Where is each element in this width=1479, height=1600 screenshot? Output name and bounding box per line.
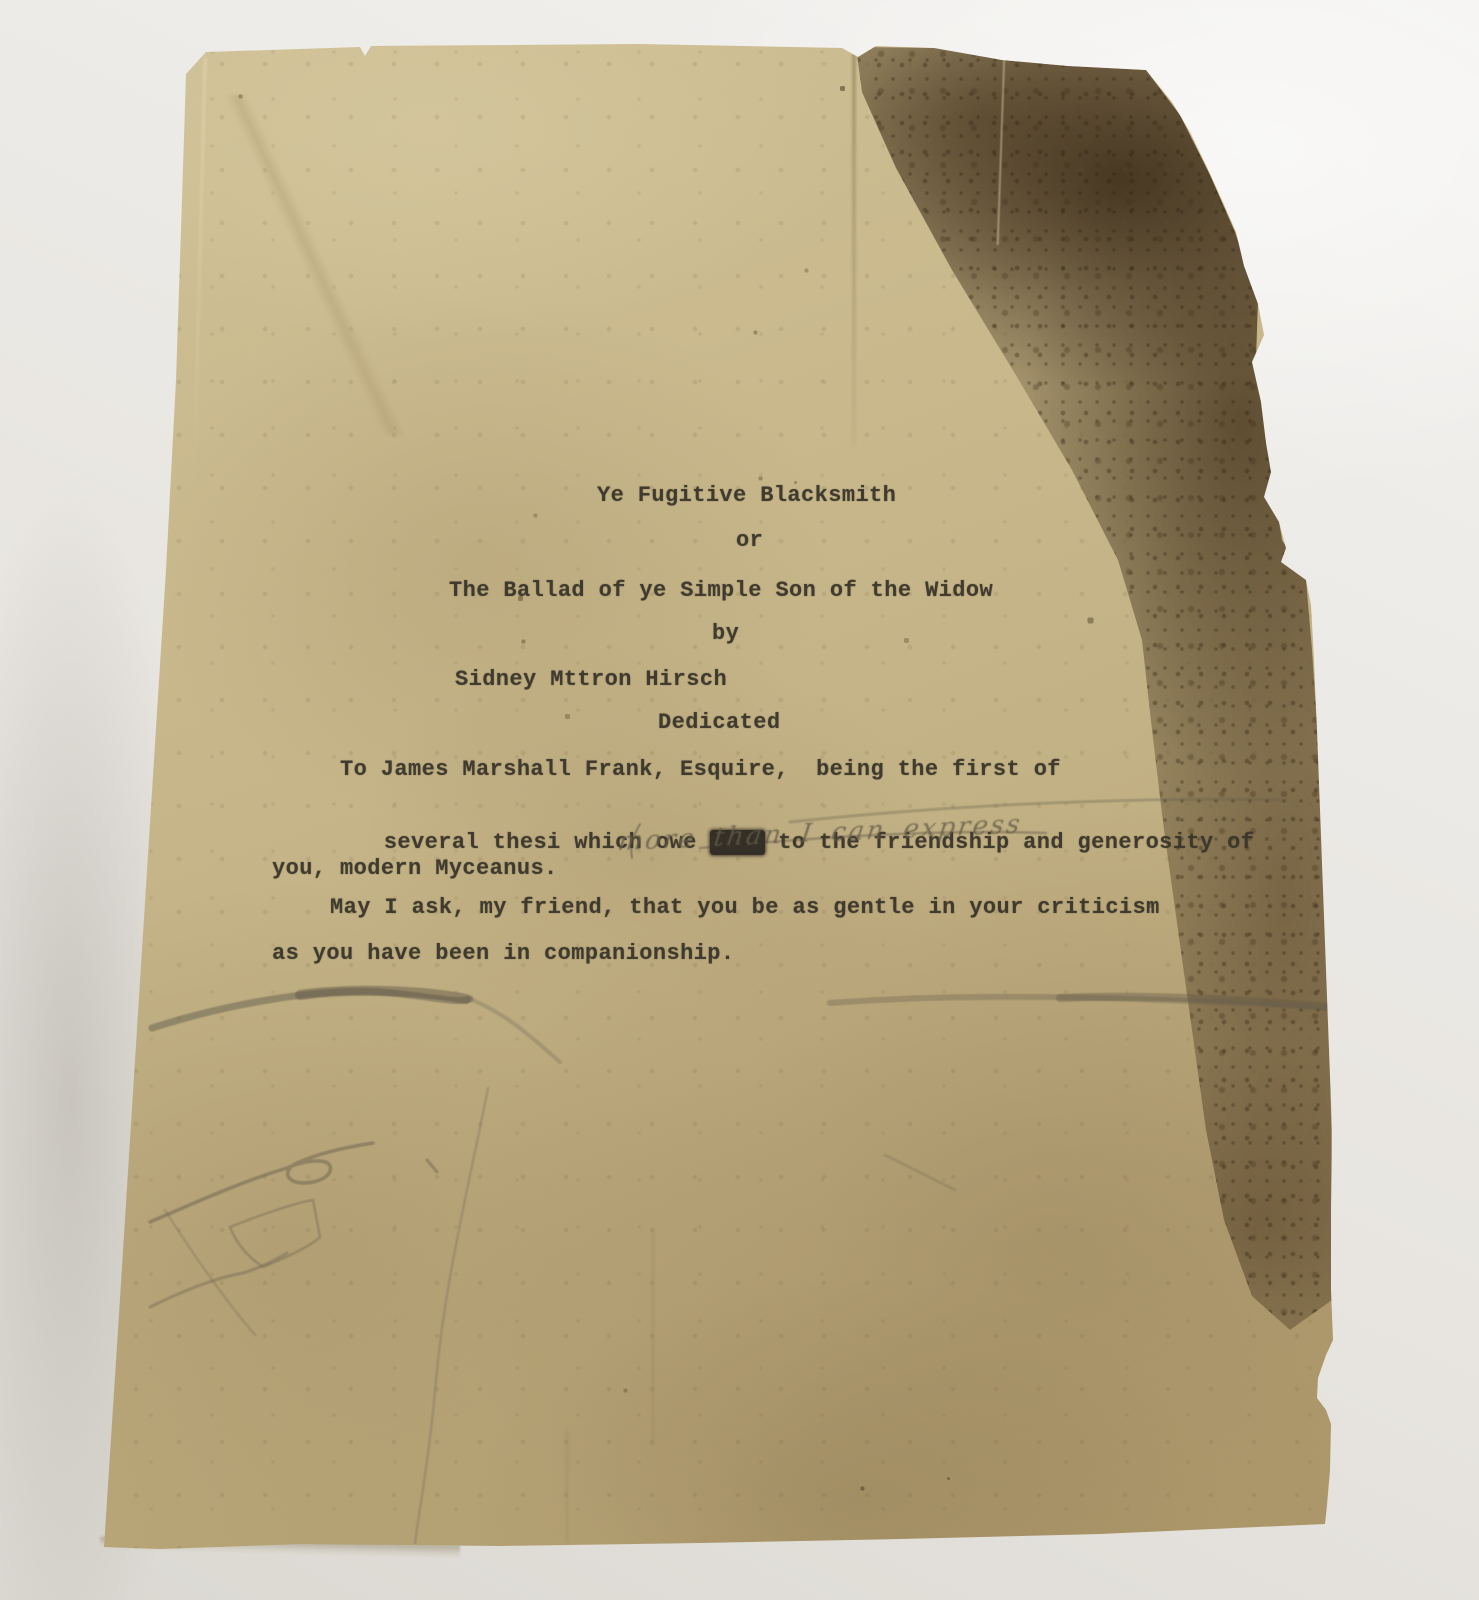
photograph-of-manuscript: Ye Fugitive Blacksmith or The Ballad of …	[0, 0, 1479, 1600]
closing-line-1: May I ask, my friend, that you be as gen…	[330, 895, 1160, 921]
typed-text: Ye Fugitive Blacksmith or The Ballad of …	[0, 0, 1479, 1600]
byline-label: by	[712, 621, 739, 647]
dedication-line-3: you, modern Myceanus.	[272, 856, 558, 882]
document-page: Ye Fugitive Blacksmith or The Ballad of …	[0, 0, 1479, 1600]
dedication-heading: Dedicated	[658, 710, 780, 736]
title-line: Ye Fugitive Blacksmith	[597, 483, 896, 509]
author-line: Sidney Mttron Hirsch	[455, 667, 727, 693]
subtitle-line: The Ballad of ye Simple Son of the Widow	[449, 578, 993, 604]
title-separator: or	[736, 528, 763, 554]
stain-dots	[0, 0, 1, 1]
dedication-line-1: To James Marshall Frank, Esquire, being …	[340, 757, 1061, 783]
closing-line-2: as you have been in companionship.	[272, 941, 734, 967]
